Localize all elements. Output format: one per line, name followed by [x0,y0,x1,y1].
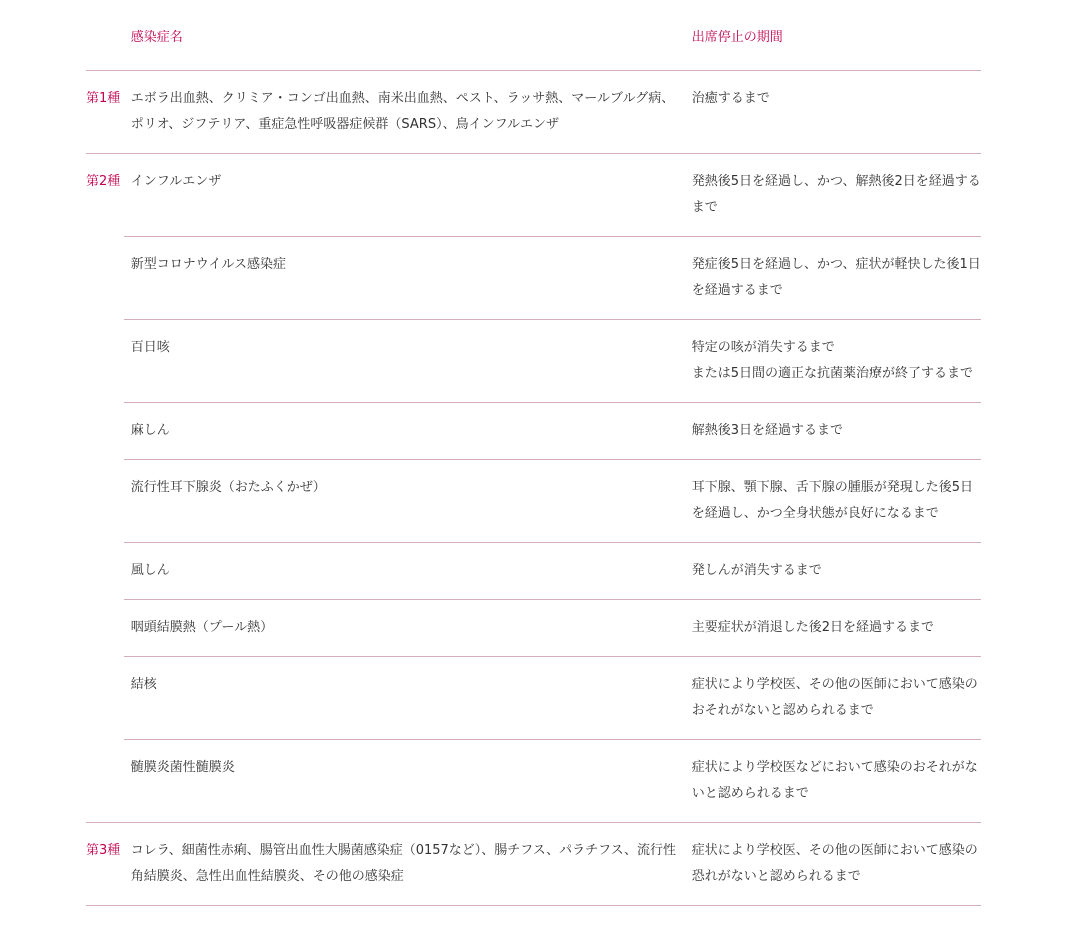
category-empty [86,657,124,740]
suspension-period: 症状により学校医、その他の医師において感染の恐れがないと認められるまで [692,823,981,906]
category-empty [86,460,124,543]
table-row: 髄膜炎菌性髄膜炎 症状により学校医などにおいて感染のおそれがないと認められるまで [86,740,981,823]
suspension-period: 発症後5日を経過し、かつ、症状が軽快した後1日を経過するまで [692,237,981,320]
disease-name: インフルエンザ [124,154,692,237]
category-empty [86,237,124,320]
table-row-class2: 第2種 インフルエンザ 発熱後5日を経過し、かつ、解熱後2日を経過するまで [86,154,981,237]
disease-name: 百日咳 [124,320,692,403]
category-empty [86,543,124,600]
category-empty [86,320,124,403]
category-empty [86,403,124,460]
category-empty [86,740,124,823]
suspension-period: 解熱後3日を経過するまで [692,403,981,460]
header-category-cell [86,0,124,71]
disease-name: 風しん [124,543,692,600]
suspension-period: 発熱後5日を経過し、かつ、解熱後2日を経過するまで [692,154,981,237]
suspension-period: 特定の咳が消失するまで または5日間の適正な抗菌薬治療が終了するまで [692,320,981,403]
disease-name: 麻しん [124,403,692,460]
suspension-period: 症状により学校医、その他の医師において感染のおそれがないと認められるまで [692,657,981,740]
disease-name: 咽頭結膜熱（プール熱） [124,600,692,657]
suspension-period: 耳下腺、顎下腺、舌下腺の腫脹が発現した後5日を経過し、かつ全身状態が良好になるま… [692,460,981,543]
table-row: 咽頭結膜熱（プール熱） 主要症状が消退した後2日を経過するまで [86,600,981,657]
suspension-period: 主要症状が消退した後2日を経過するまで [692,600,981,657]
table-row: 風しん 発しんが消失するまで [86,543,981,600]
infection-attendance-table: 感染症名 出席停止の期間 第1種 エボラ出血熱、クリミア・コンゴ出血熱、南米出血… [86,0,981,906]
table-row: 麻しん 解熱後3日を経過するまで [86,403,981,460]
infection-table-container: 感染症名 出席停止の期間 第1種 エボラ出血熱、クリミア・コンゴ出血熱、南米出血… [86,0,981,906]
disease-name: エボラ出血熱、クリミア・コンゴ出血熱、南米出血熱、ペスト、ラッサ熱、マールブルグ… [124,71,692,154]
table-row: 百日咳 特定の咳が消失するまで または5日間の適正な抗菌薬治療が終了するまで [86,320,981,403]
disease-name: 結核 [124,657,692,740]
header-disease-name: 感染症名 [124,0,692,71]
table-row: 結核 症状により学校医、その他の医師において感染のおそれがないと認められるまで [86,657,981,740]
disease-name: 新型コロナウイルス感染症 [124,237,692,320]
table-row-class1: 第1種 エボラ出血熱、クリミア・コンゴ出血熱、南米出血熱、ペスト、ラッサ熱、マー… [86,71,981,154]
table-header-row: 感染症名 出席停止の期間 [86,0,981,71]
category-empty [86,600,124,657]
disease-name: 流行性耳下腺炎（おたふくかぜ） [124,460,692,543]
category-label: 第1種 [86,71,124,154]
suspension-period: 発しんが消失するまで [692,543,981,600]
category-label: 第3種 [86,823,124,906]
header-suspension-period: 出席停止の期間 [692,0,981,71]
disease-name: コレラ、細菌性赤痢、腸管出血性大腸菌感染症（0157など）、腸チフス、パラチフス… [124,823,692,906]
category-label: 第2種 [86,154,124,237]
table-row: 新型コロナウイルス感染症 発症後5日を経過し、かつ、症状が軽快した後1日を経過す… [86,237,981,320]
suspension-period: 症状により学校医などにおいて感染のおそれがないと認められるまで [692,740,981,823]
suspension-period: 治癒するまで [692,71,981,154]
table-row-class3: 第3種 コレラ、細菌性赤痢、腸管出血性大腸菌感染症（0157など）、腸チフス、パ… [86,823,981,906]
table-row: 流行性耳下腺炎（おたふくかぜ） 耳下腺、顎下腺、舌下腺の腫脹が発現した後5日を経… [86,460,981,543]
disease-name: 髄膜炎菌性髄膜炎 [124,740,692,823]
